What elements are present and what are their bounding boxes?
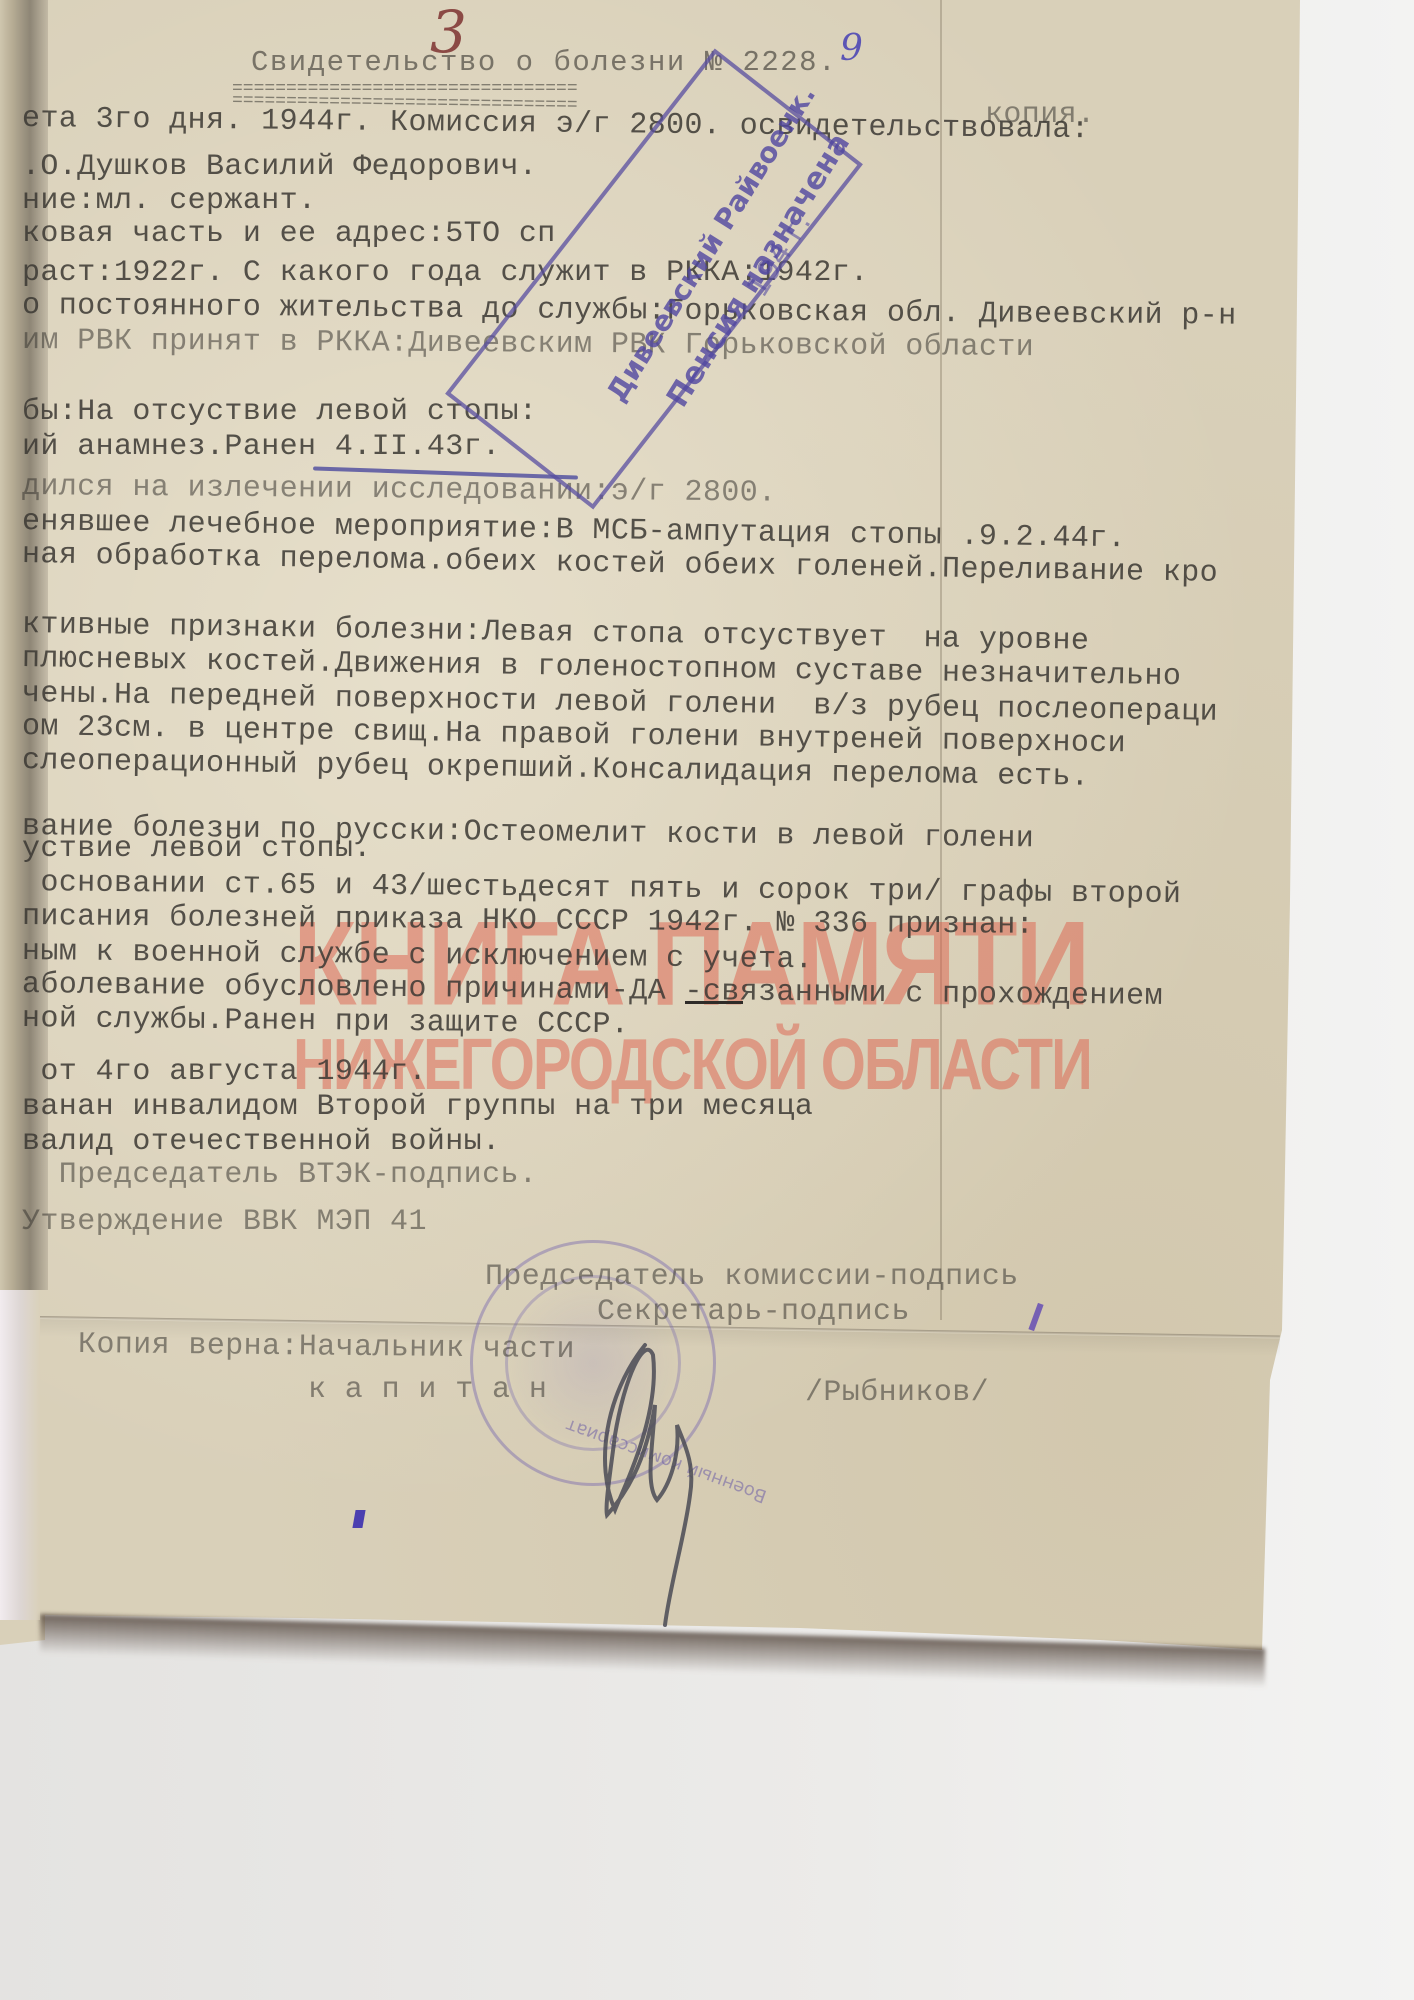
doc-line-war-invalid: валид отечественной войны. [22, 1127, 500, 1157]
left-binding-edge-lower [0, 1290, 40, 1620]
rank-captain: к а п и т а н [308, 1375, 547, 1405]
doc-line-rank: ние:мл. сержант. [22, 186, 316, 216]
copy-certified-line: Копия верна:Начальник части [78, 1330, 575, 1365]
doc-line-vtek-date: от 4го августа 1944г. [22, 1057, 427, 1087]
doc-line-wounded: ной службы.Ранен при защите СССР. [22, 1004, 630, 1040]
ink-page-number: 9 [840, 28, 863, 69]
doc-line-anamnesis: ий анамнез.Ранен 4.II.43г. [22, 432, 500, 462]
doc-line-vtek-chairman: Председатель ВТЭК-подпись. [22, 1160, 537, 1190]
doc-line-unit: ковая часть и ее адрес:5ТО сп [22, 219, 556, 249]
doc-line-disability-group: ванан инвалидом Второй группы на три мес… [22, 1092, 813, 1122]
doc-line-order: писания болезней приказа НКО СССР 1942г.… [22, 902, 1034, 941]
secretary-signature-line: Секретарь-подпись [597, 1297, 910, 1327]
da-underline [685, 1001, 743, 1004]
doc-line-treatment-place: дился на излечении исследовании:э/г 2800… [22, 472, 777, 509]
doc-line-disease-name-2: уствие левой стопы. [22, 834, 372, 864]
chairman-signature-line: Председатель комиссии-подпись [485, 1262, 1019, 1292]
document-title: Свидетельство о болезни № 2228. [251, 48, 837, 77]
doc-line-approval: Утверждение ВВК МЭП 41 [22, 1207, 427, 1237]
officer-name: /Рыбников/ [805, 1378, 989, 1408]
doc-line-full-name: .О.Душков Василий Федорович. [22, 152, 537, 182]
handwritten-signature [585, 1335, 725, 1635]
